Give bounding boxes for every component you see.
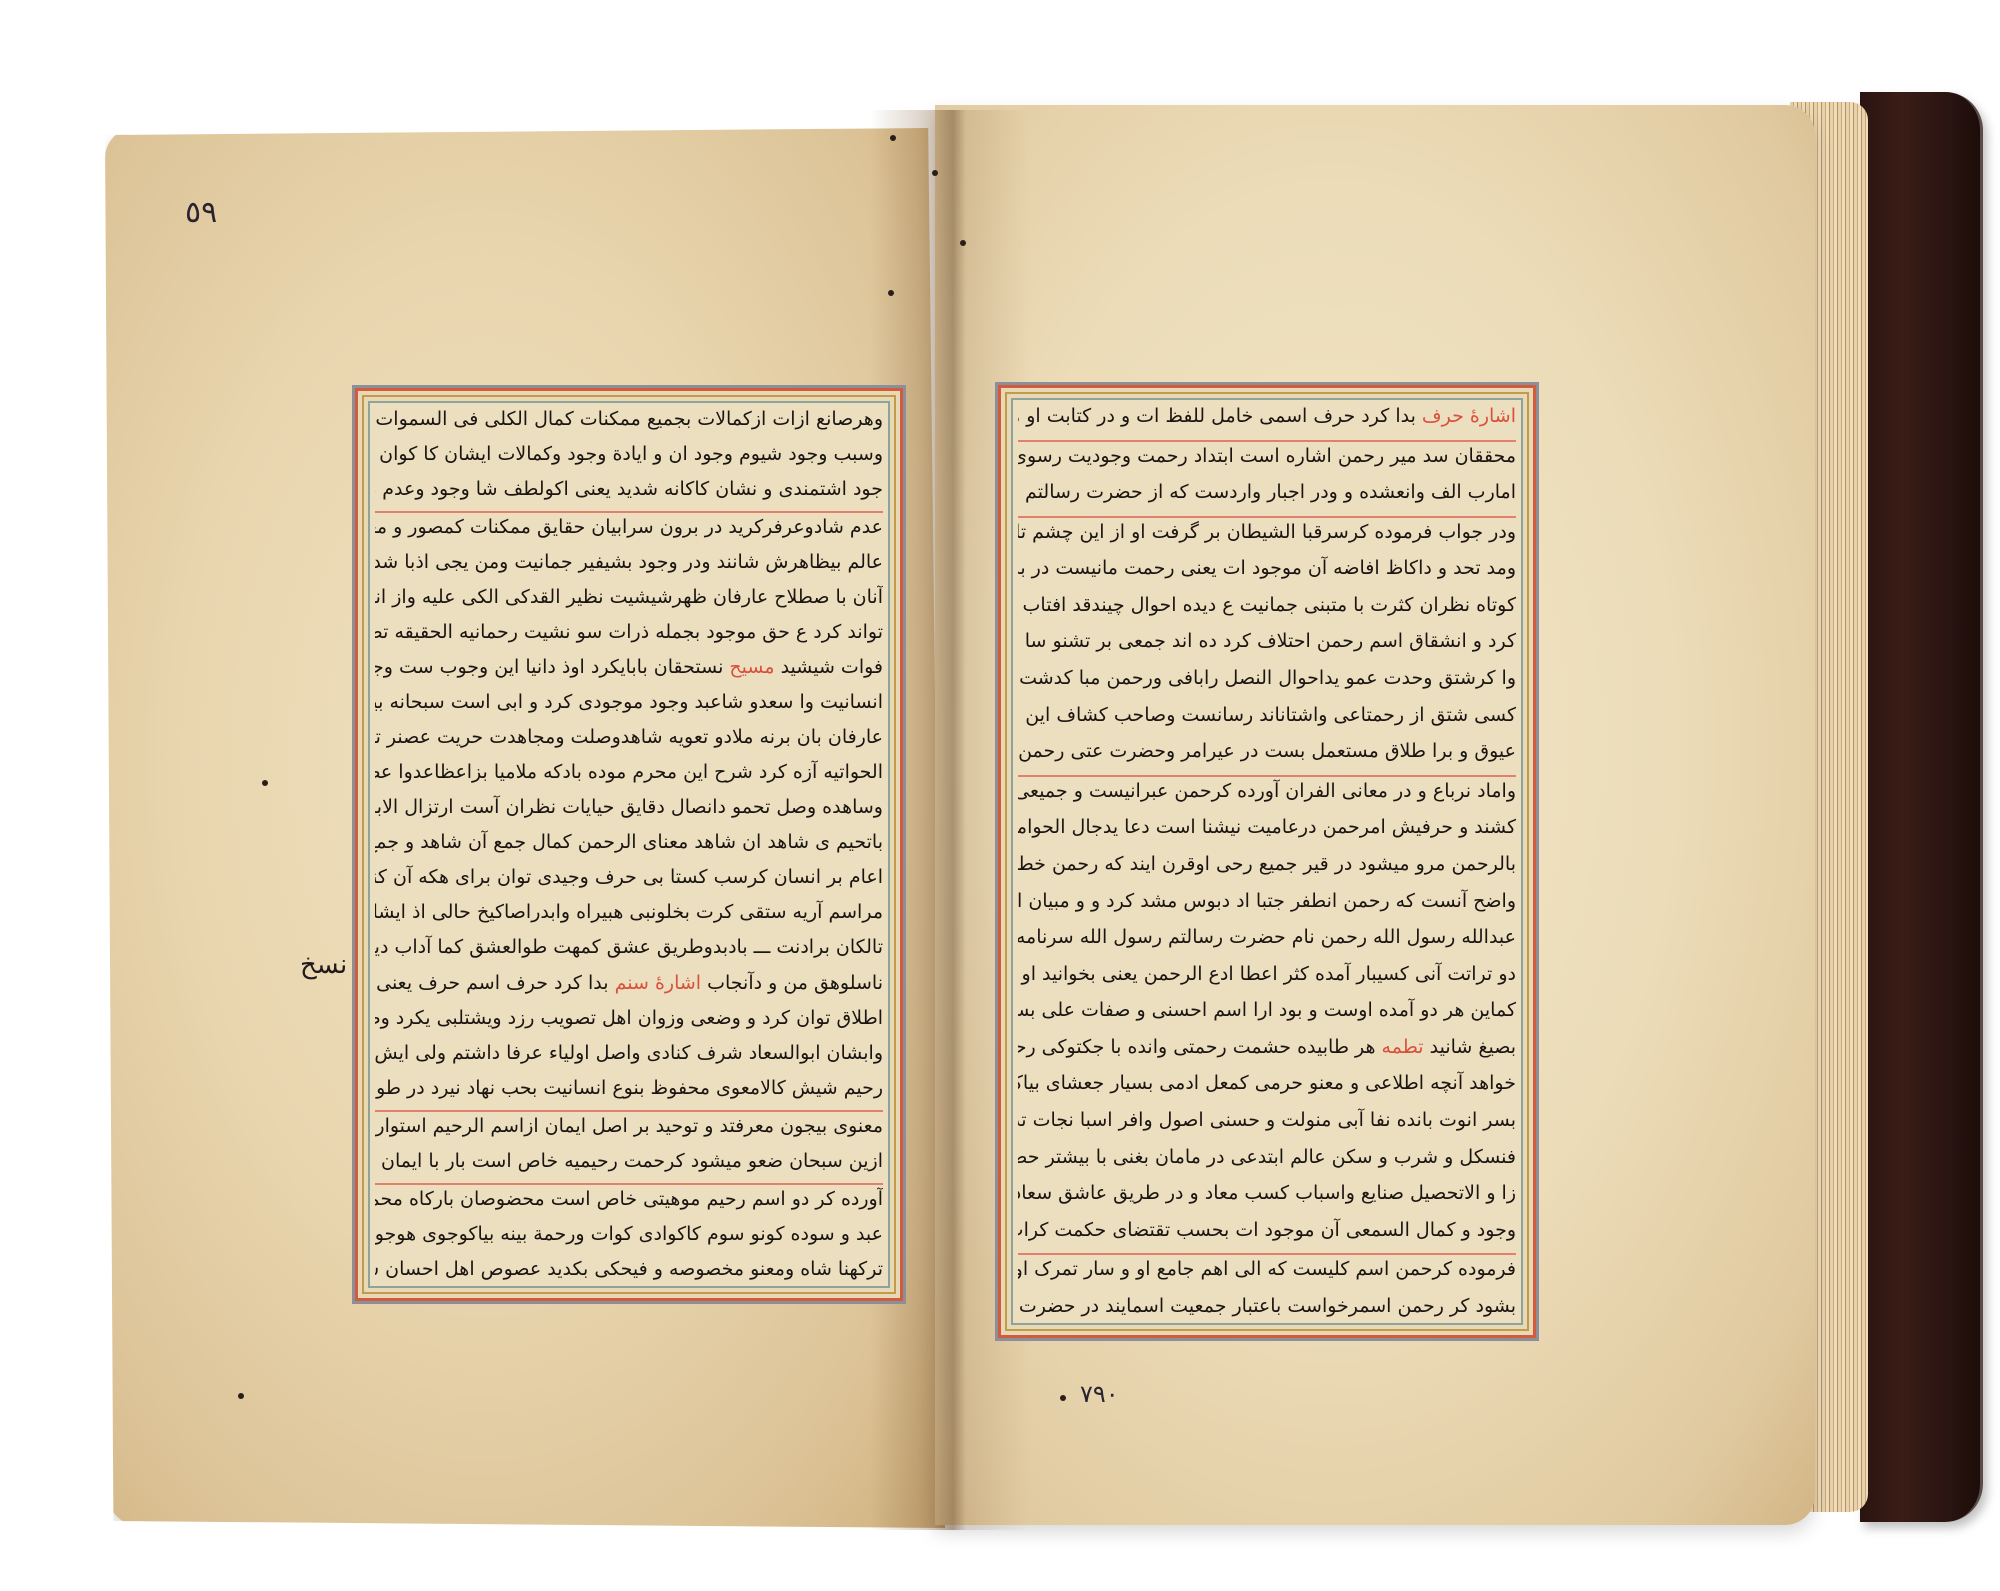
text-line: ترکهنا شاه ومعنو مخصوصه و فیحکی بکدید عص… <box>375 1256 883 1283</box>
right-text-block: اشارهٔ حرف بدا کرد حرف اسمی خامل للفظ ات… <box>1018 403 1516 1320</box>
text-line: فوات شیشید مسیح نستحقان بابایکرد اوذ دان… <box>375 654 883 681</box>
text-line: بسر انوت بانده نفا آبی منولت و حسنی اصول… <box>1018 1107 1516 1134</box>
text-line: وساهده وصل تحمو دانصال دقایق حیایات نظرا… <box>375 794 883 821</box>
text-line: امارب الف وانعشده و ودر اجبار واردست که … <box>1018 479 1516 506</box>
text-line: تواند کرد ع حق موجود بجمله ذرات سو نشیت … <box>375 619 883 646</box>
text-line: آنان با صطلاح عارفان ظهرشیشیت نظیر القدک… <box>375 584 883 611</box>
margin-note: نسخ <box>300 950 347 980</box>
text-line: بشود کر رحمن اسمرخواست باعتبار جمعیت اسم… <box>1018 1293 1516 1320</box>
text-line: خواهد آنچه اطلاعی و معنو حرمی کمعل ادمی … <box>1018 1070 1516 1097</box>
text-line: زا و الاتحصیل صنایع واسباب کسب معاد و در… <box>1018 1180 1516 1207</box>
text-line: کسی شتق از رحمتاعی واشتاناند رسانست وصاح… <box>1018 702 1516 729</box>
text-line: آورده کر دو اسم رحیم موهیتی خاص است محضو… <box>375 1183 883 1213</box>
text-line: وهرصانع ازات ازکمالات بجمیع ممکنات کمال … <box>375 406 883 433</box>
text-line: کرد و انشقاق اسم رحمن احتلاف کرد ده اند … <box>1018 628 1516 655</box>
text-line: تالکان برادنت ـــ بادبدوطریق عشق کمهت طو… <box>375 934 883 961</box>
text-line: محققان سد میر رحمن اشاره است ابتداد رحمت… <box>1018 440 1516 470</box>
text-line: اطلاق توان کرد و وضعی وزوان اهل تصویب رز… <box>375 1005 883 1032</box>
leather-cover <box>1860 92 1983 1522</box>
text-line: عالم بیظاهرش شانند ودر وجود بشیفیر جمانی… <box>375 549 883 576</box>
text-line: عبدالله رسول الله رحمن نام حضرت رسالتم ر… <box>1018 924 1516 951</box>
left-text-block: وهرصانع ازات ازکمالات بجمیع ممکنات کمال … <box>375 406 883 1283</box>
text-line: وابشان ابوالسعاد شرف کنادی واصل اولیاء ع… <box>375 1040 883 1067</box>
text-line: باتحیم ی شاهد ان شاهد معنای الرحمن کمال … <box>375 829 883 856</box>
right-text-frame: اشارهٔ حرف بدا کرد حرف اسمی خامل للفظ ات… <box>995 382 1539 1341</box>
text-line: ناسلوهق من و دآنجاب اشارهٔ سنم بدا کرد ح… <box>375 970 883 997</box>
text-line: بالرحمن مرو میشود در قیر جمیع رحی اوقرن … <box>1018 851 1516 878</box>
text-line: ازین سبحان ضعو میشود کرحمت رحیمیه خاص اس… <box>375 1148 883 1175</box>
text-line: وسبب وجود شیوم وجود ان و ایادة وجود وکما… <box>375 441 883 468</box>
text-line: اعام بر انسان کرسب کستا بی حرف وجیدی توا… <box>375 864 883 891</box>
text-line: فرموده کرحمن اسم کلیست که الی اهم جامع ا… <box>1018 1253 1516 1283</box>
text-line: وجود و کمال السمعی آن موجود ات بحسب تقتض… <box>1018 1217 1516 1244</box>
text-line: رحیم شیش کالامعوی محفوظ بنوع انسانیت بحب… <box>375 1075 883 1102</box>
text-line: جود اشتمندی و نشان کاکانه شدید یعنی اکول… <box>375 476 883 503</box>
text-line: واماد نرباع و در معانی الفران آورده کرحم… <box>1018 775 1516 805</box>
text-line: مراسم آریه ستقی کرت بخلونبی هبیراه وابدر… <box>375 899 883 926</box>
text-line: واضح آنست که رحمن انطفر جتبا اد دبوس مشد… <box>1018 888 1516 915</box>
left-text-frame: وهرصانع ازات ازکمالات بجمیع ممکنات کمال … <box>352 385 906 1304</box>
text-line: ومد تحد و داکاظ افاضه آن موجود ات یعنی ر… <box>1018 555 1516 582</box>
text-line: دو تراتت آنی کسیبار آمده کثر اعطا ادع ال… <box>1018 961 1516 988</box>
text-line: بصیغ شانید تطمه هر طابیده حشمت رحمتی وان… <box>1018 1034 1516 1061</box>
text-line: ودر جواب فرموده کرسرقبا الشیطان بر گرفت … <box>1018 516 1516 546</box>
text-line: انسانیت وا سعدو شاعبد وجود موجودی کرد و … <box>375 689 883 716</box>
text-line: عدم شادوعرفرکرید در برون سرابیان حقایق م… <box>375 511 883 541</box>
text-line: معنوی بیجون معرفتد و توحید بر اصل ایمان … <box>375 1110 883 1140</box>
text-line: فنسکل و شرب و سکن عالم ابتدعی در مامان ب… <box>1018 1144 1516 1171</box>
text-line: اشارهٔ حرف بدا کرد حرف اسمی خامل للفظ ات… <box>1018 403 1516 430</box>
folio-number-left: ٥٩ <box>185 195 217 230</box>
text-line: کماین هر دو آمده اوست و بود ارا اسم احسن… <box>1018 997 1516 1024</box>
text-line: کوتاه نظران کثرت با متبنی جمانیت ع دیده … <box>1018 592 1516 619</box>
text-line: عارفان بان برنه ملادو تعویه شاهدوصلت ومج… <box>375 724 883 751</box>
open-manuscript: ٥٩ نسخ ٧٩٠ وهرصانع ازات ازکمالات بجمیع م… <box>0 0 2000 1591</box>
text-line: عیوق و برا طلاق مستعمل بست در عیرامر وحض… <box>1018 738 1516 765</box>
text-line: کشند و حرفیش امرحمن درعامیت نیشنا است دع… <box>1018 814 1516 841</box>
text-line: وا کرشتق وحدت عمو یداحوال النصل رابافی و… <box>1018 665 1516 692</box>
folio-number-right: ٧٩٠ <box>1080 1380 1119 1408</box>
text-line: الحواتیه آزه کرد شرح این محرم موده بادکه… <box>375 759 883 786</box>
text-line: عبد و سوده کونو سوم کاکوادی کوات ورحمة ب… <box>375 1221 883 1248</box>
